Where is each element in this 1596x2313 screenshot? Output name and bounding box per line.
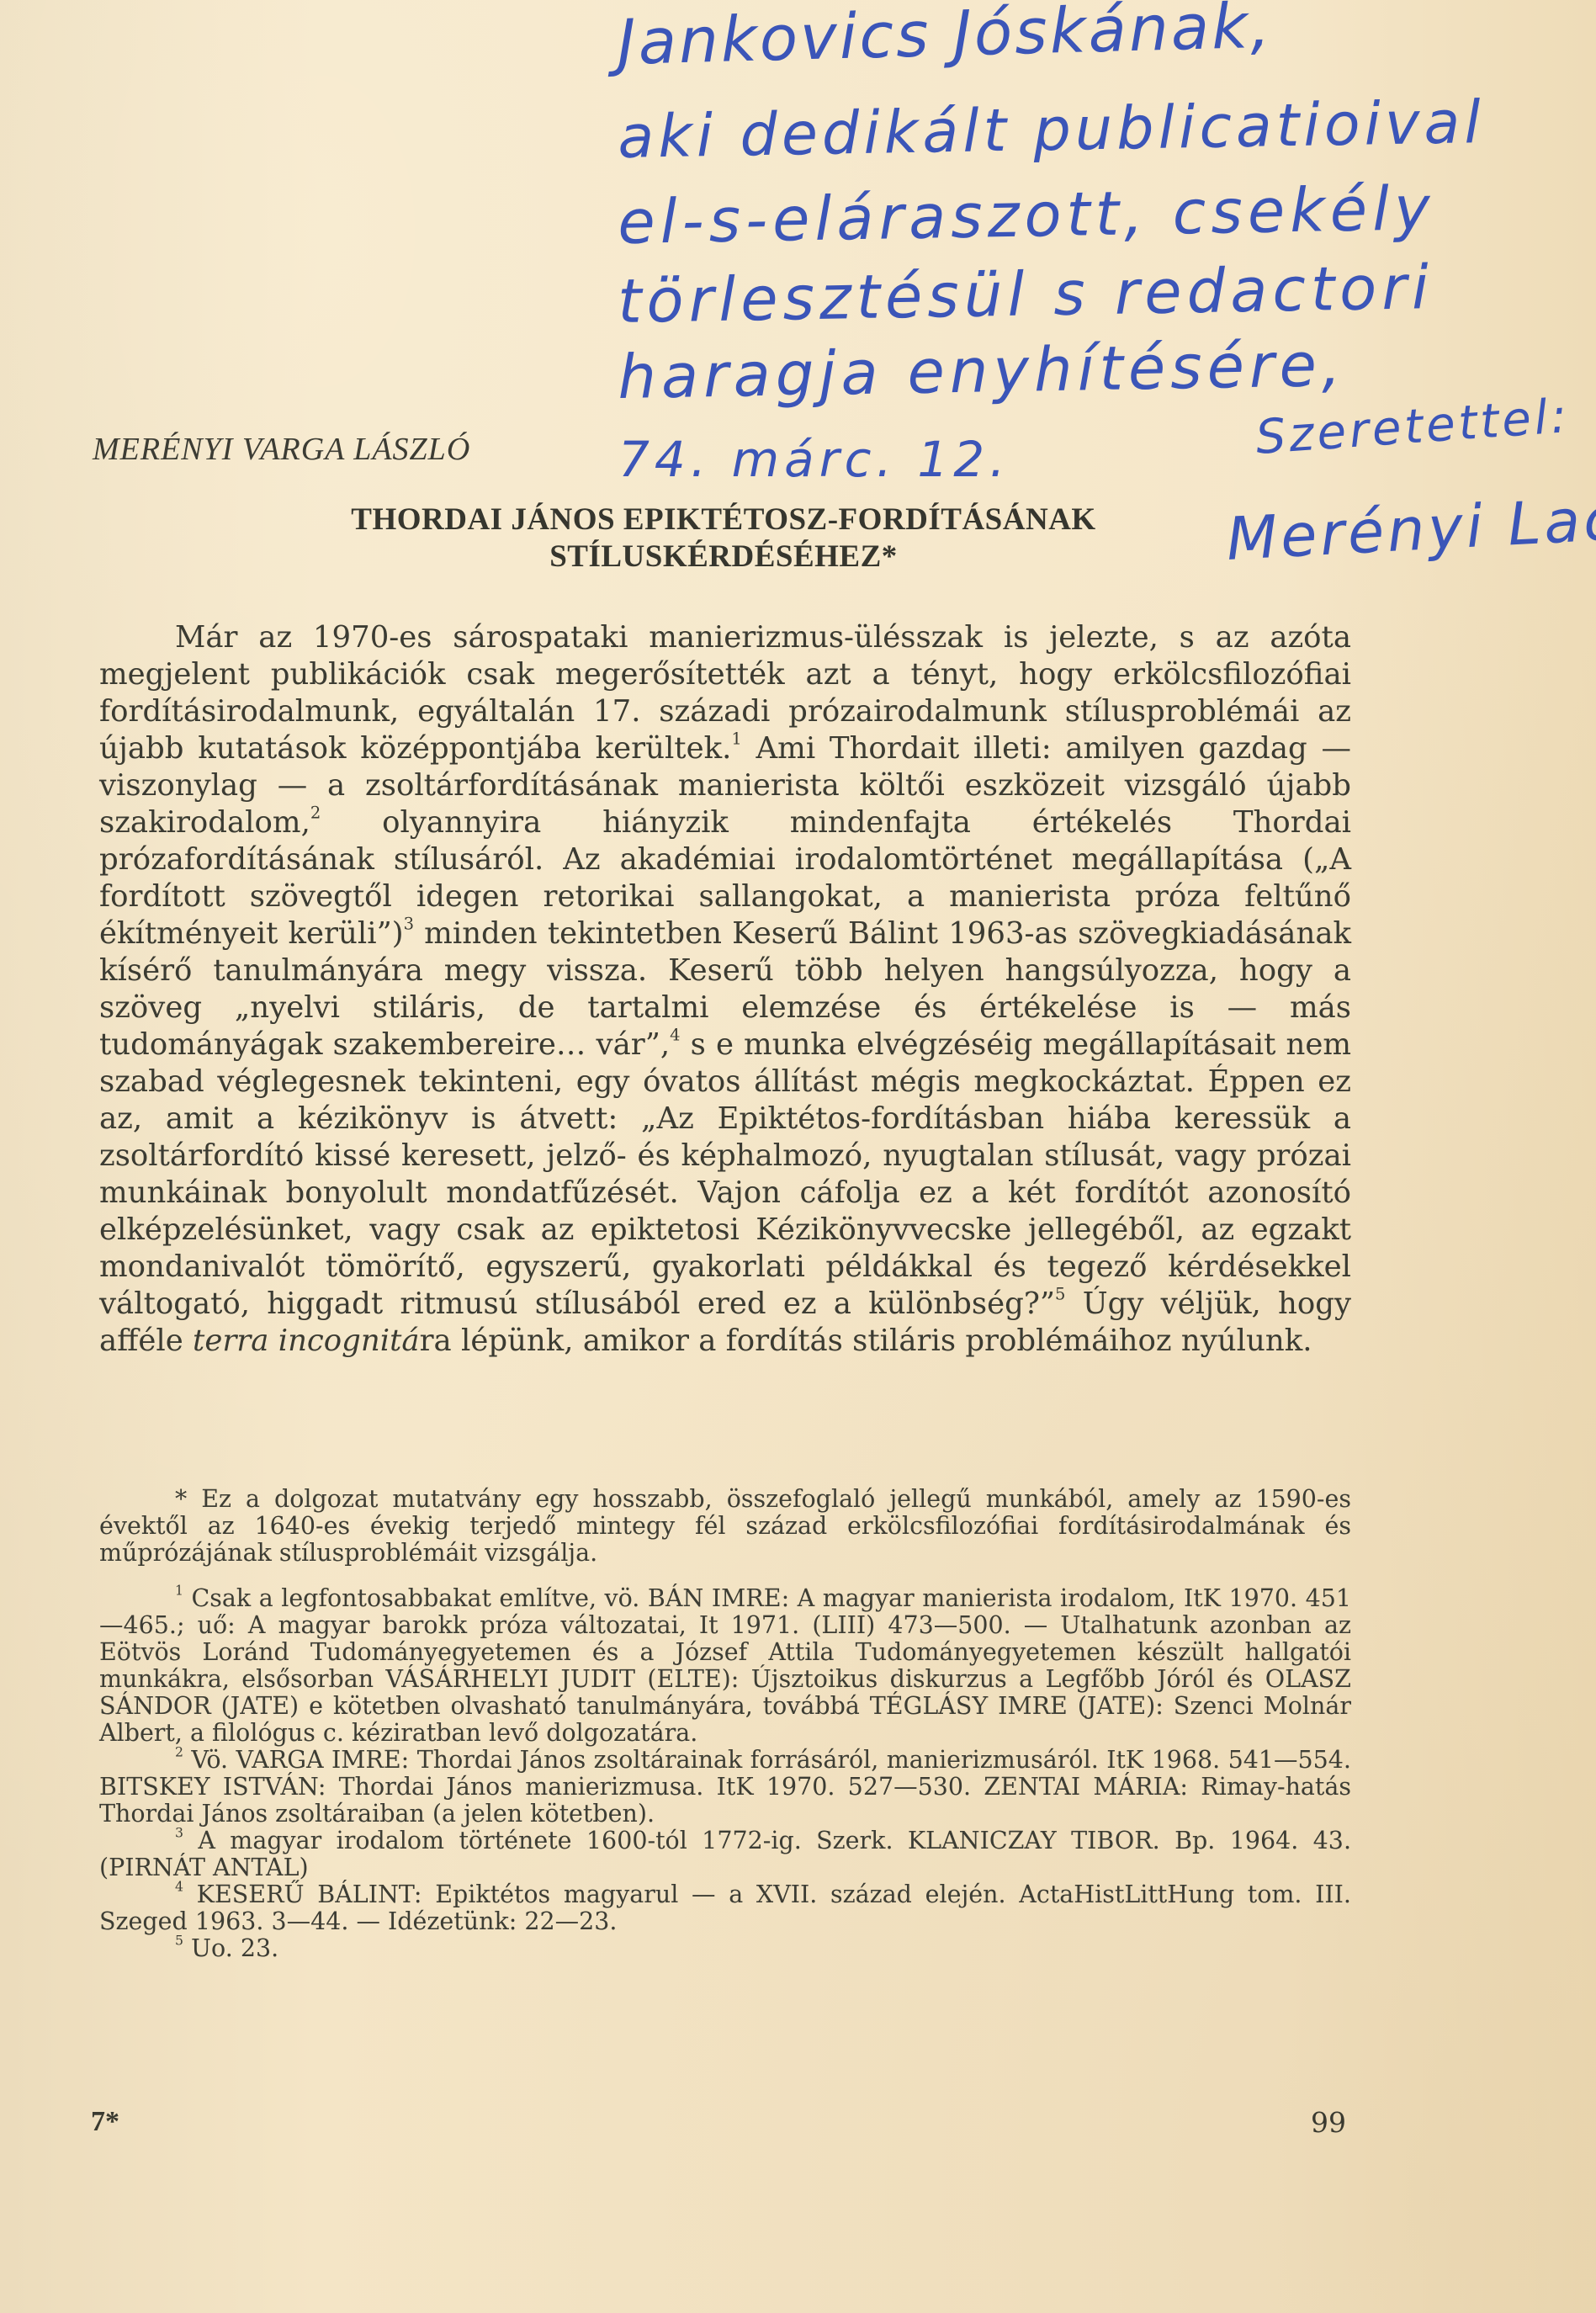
footnote-marker: 1 [175,1583,183,1599]
footnote-marker: 2 [175,1744,183,1760]
handwritten-date: 74. márc. 12. [618,431,1010,488]
article-title-line-1: THORDAI JÁNOS EPIKTÉTOSZ-FORDÍTÁSÁNAK [351,502,1095,537]
body-paragraph: Már az 1970-es sárospataki manierizmus-ü… [99,619,1351,1360]
footnote-2: 2 Vö. VARGA IMRE: Thordai János zsoltára… [99,1747,1351,1828]
body-text-segment: s e munka elvégzéséig megállapításait ne… [99,1027,1351,1321]
article-title: THORDAI JÁNOS EPIKTÉTOSZ-FORDÍTÁSÁNAK ST… [93,501,1355,576]
footnote-text: KESERŰ BÁLINT: Epiktétos magyarul — a XV… [99,1881,1351,1935]
page-number: 99 [1311,2106,1346,2139]
footnote-ref-1[interactable]: 1 [731,729,741,748]
footnote-ref-3[interactable]: 3 [404,914,414,933]
footnotes: * Ez a dolgozat mutatvány egy hosszabb, … [99,1486,1351,1962]
footnote-ref-4[interactable]: 4 [670,1025,680,1044]
signature-mark: 7* [91,2106,119,2138]
article-body: Már az 1970-es sárospataki manierizmus-ü… [99,619,1351,1360]
footnote-4: 4 KESERŰ BÁLINT: Epiktétos magyarul — a … [99,1881,1351,1935]
footnote-text: Vö. VARGA IMRE: Thordai János zsoltárain… [99,1746,1351,1828]
handwritten-dedication-line-1: Jankovics Jóskának, [617,0,1274,79]
footnote-1: 1 Csak a legfontosabbakat említve, vö. B… [99,1585,1351,1747]
footnote-marker: 3 [175,1825,183,1841]
article-author: MERÉNYI VARGA LÁSZLÓ [93,431,470,468]
footnote-text: A magyar irodalom története 1600-tól 177… [99,1827,1351,1881]
scanned-book-page: Jankovics Jóskának, aki dedikált publica… [0,0,1596,2313]
italic-term: terra incognitá [193,1324,420,1358]
footnote-text: Uo. 23. [183,1934,278,1962]
footnote-ref-5[interactable]: 5 [1055,1284,1065,1303]
body-text-segment: ra lépünk, amikor a fordítás stiláris pr… [420,1324,1312,1358]
handwritten-dedication-line-4: törlesztésül s redactori [618,252,1434,337]
handwritten-dedication-line-5: haragja enyhítésére, [618,329,1347,412]
footnote-5: 5 Uo. 23. [99,1935,1351,1962]
footnote-star: * Ez a dolgozat mutatvány egy hosszabb, … [99,1486,1351,1567]
footnote-ref-2[interactable]: 2 [310,803,321,822]
footnote-text: Csak a legfontosabbakat említve, vö. BÁN… [99,1584,1351,1747]
footnote-3: 3 A magyar irodalom története 1600-tól 1… [99,1828,1351,1881]
footnote-marker: 5 [175,1933,183,1949]
handwritten-dedication-line-3: el-s-eláraszott, csekély [618,172,1436,257]
article-title-line-2: STÍLUSKÉRDÉSÉHEZ* [93,538,1355,576]
handwritten-dedication-line-2: aki dedikált publicatioival [618,88,1486,172]
footnote-marker: 4 [175,1879,183,1895]
